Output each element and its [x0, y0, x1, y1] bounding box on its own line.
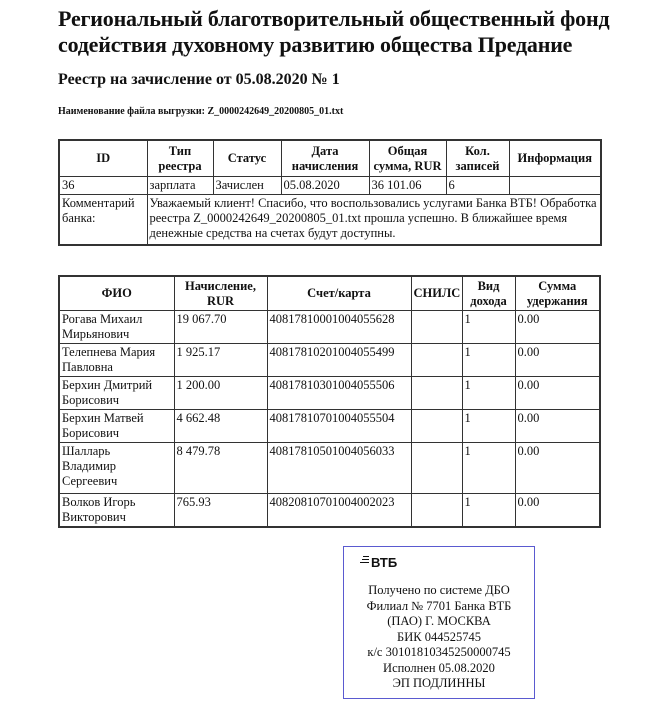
- payee-name: Шалларь Владимир Сергеевич: [59, 443, 174, 494]
- stamp-line-signature: ЭП ПОДЛИННЫ: [344, 676, 534, 692]
- summary-data-row: 36 зарплата Зачислен 05.08.2020 36 101.0…: [59, 177, 601, 195]
- bank-stamp: ВТБ Получено по системе ДБО Филиал № 770…: [343, 546, 535, 699]
- col-full-name: ФИО: [59, 276, 174, 311]
- payee-income-type: 1: [462, 311, 515, 344]
- payee-amount: 765.93: [174, 494, 267, 528]
- total-amount: 36 101.06: [369, 177, 446, 195]
- col-deduction: Сумма удержания: [515, 276, 600, 311]
- col-accrual-date: Дата начисления: [281, 140, 369, 177]
- payee-account: 40820810701004002023: [267, 494, 411, 528]
- registry-title: Реестр на зачисление от 05.08.2020 № 1: [58, 70, 340, 90]
- payees-header-row: ФИО Начисление, RUR Счет/карта СНИЛС Вид…: [59, 276, 600, 311]
- table-row: Берхин Матвей Борисович 4 662.48 4081781…: [59, 410, 600, 443]
- payee-account: 40817810201004055499: [267, 344, 411, 377]
- payee-income-type: 1: [462, 344, 515, 377]
- payee-income-type: 1: [462, 410, 515, 443]
- payee-name: Рогава Михаил Мирьянович: [59, 311, 174, 344]
- table-row: Волков Игорь Викторович 765.93 408208107…: [59, 494, 600, 528]
- payee-snils: [411, 494, 462, 528]
- payee-name: Берхин Дмитрий Борисович: [59, 377, 174, 410]
- payees-table: ФИО Начисление, RUR Счет/карта СНИЛС Вид…: [58, 275, 601, 528]
- col-snils: СНИЛС: [411, 276, 462, 311]
- payee-snils: [411, 410, 462, 443]
- col-information: Информация: [509, 140, 601, 177]
- payee-income-type: 1: [462, 377, 515, 410]
- vtb-logo-text: ВТБ: [371, 555, 397, 571]
- col-record-count: Кол. записей: [446, 140, 509, 177]
- payee-income-type: 1: [462, 443, 515, 494]
- col-account-card: Счет/карта: [267, 276, 411, 311]
- payee-income-type: 1: [462, 494, 515, 528]
- stamp-line-system: Получено по системе ДБО: [344, 583, 534, 599]
- file-name-label: Наименование файла выгрузки: Z_000024264…: [58, 106, 343, 118]
- registry-status: Зачислен: [213, 177, 281, 195]
- bank-comment-text: Уважаемый клиент! Спасибо, что воспользо…: [147, 195, 601, 246]
- record-count: 6: [446, 177, 509, 195]
- payee-deduction: 0.00: [515, 494, 600, 528]
- payee-amount: 1 200.00: [174, 377, 267, 410]
- vtb-logo-icon: [360, 556, 369, 564]
- organization-title: Региональный благотворительный обществен…: [58, 6, 648, 58]
- col-income-type: Вид дохода: [462, 276, 515, 311]
- payee-account: 40817810001004055628: [267, 311, 411, 344]
- col-total-amount: Общая сумма, RUR: [369, 140, 446, 177]
- registry-summary-table: ID Тип реестра Статус Дата начисления Об…: [58, 139, 602, 246]
- information: [509, 177, 601, 195]
- stamp-text: Получено по системе ДБО Филиал № 7701 Ба…: [344, 583, 534, 692]
- summary-header-row: ID Тип реестра Статус Дата начисления Об…: [59, 140, 601, 177]
- payee-deduction: 0.00: [515, 344, 600, 377]
- payee-account: 40817810501004056033: [267, 443, 411, 494]
- payee-deduction: 0.00: [515, 443, 600, 494]
- payee-account: 40817810701004055504: [267, 410, 411, 443]
- accrual-date: 05.08.2020: [281, 177, 369, 195]
- payee-name: Волков Игорь Викторович: [59, 494, 174, 528]
- payee-amount: 8 479.78: [174, 443, 267, 494]
- payee-amount: 4 662.48: [174, 410, 267, 443]
- payee-name: Берхин Матвей Борисович: [59, 410, 174, 443]
- payee-snils: [411, 311, 462, 344]
- payee-deduction: 0.00: [515, 410, 600, 443]
- stamp-line-city: (ПАО) Г. МОСКВА: [344, 614, 534, 630]
- payee-deduction: 0.00: [515, 311, 600, 344]
- payee-account: 40817810301004055506: [267, 377, 411, 410]
- payee-deduction: 0.00: [515, 377, 600, 410]
- col-status: Статус: [213, 140, 281, 177]
- payee-name: Телепнева Мария Павловна: [59, 344, 174, 377]
- payee-snils: [411, 443, 462, 494]
- registry-type: зарплата: [147, 177, 213, 195]
- payee-amount: 1 925.17: [174, 344, 267, 377]
- col-registry-type: Тип реестра: [147, 140, 213, 177]
- registry-id: 36: [59, 177, 147, 195]
- col-accrual-amount: Начисление, RUR: [174, 276, 267, 311]
- payee-amount: 19 067.70: [174, 311, 267, 344]
- stamp-line-executed: Исполнен 05.08.2020: [344, 661, 534, 677]
- table-row: Телепнева Мария Павловна 1 925.17 408178…: [59, 344, 600, 377]
- vtb-logo: ВТБ: [360, 555, 397, 571]
- col-id: ID: [59, 140, 147, 177]
- stamp-line-bik: БИК 044525745: [344, 630, 534, 646]
- bank-comment-label: Комментарий банка:: [59, 195, 147, 246]
- payee-snils: [411, 377, 462, 410]
- stamp-line-branch: Филиал № 7701 Банка ВТБ: [344, 599, 534, 615]
- payee-snils: [411, 344, 462, 377]
- stamp-line-corr-account: к/с 30101810345250000745: [344, 645, 534, 661]
- table-row: Рогава Михаил Мирьянович 19 067.70 40817…: [59, 311, 600, 344]
- table-row: Шалларь Владимир Сергеевич 8 479.78 4081…: [59, 443, 600, 494]
- table-row: Берхин Дмитрий Борисович 1 200.00 408178…: [59, 377, 600, 410]
- bank-comment-row: Комментарий банка: Уважаемый клиент! Спа…: [59, 195, 601, 246]
